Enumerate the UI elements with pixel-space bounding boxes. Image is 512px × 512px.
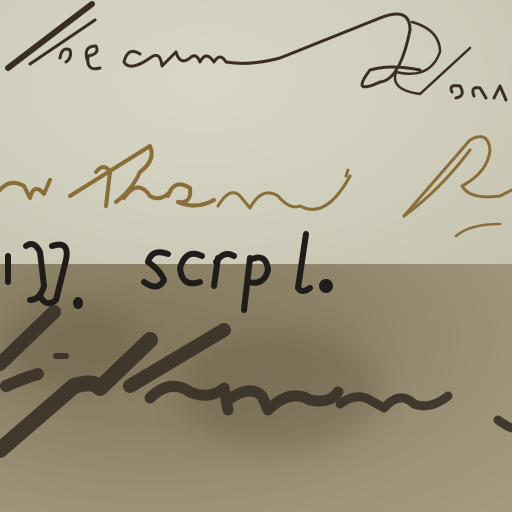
document-photo: heana Den entheana Be ry. scrpt. iflorum — [0, 0, 512, 512]
handwriting-strokes — [0, 0, 512, 512]
